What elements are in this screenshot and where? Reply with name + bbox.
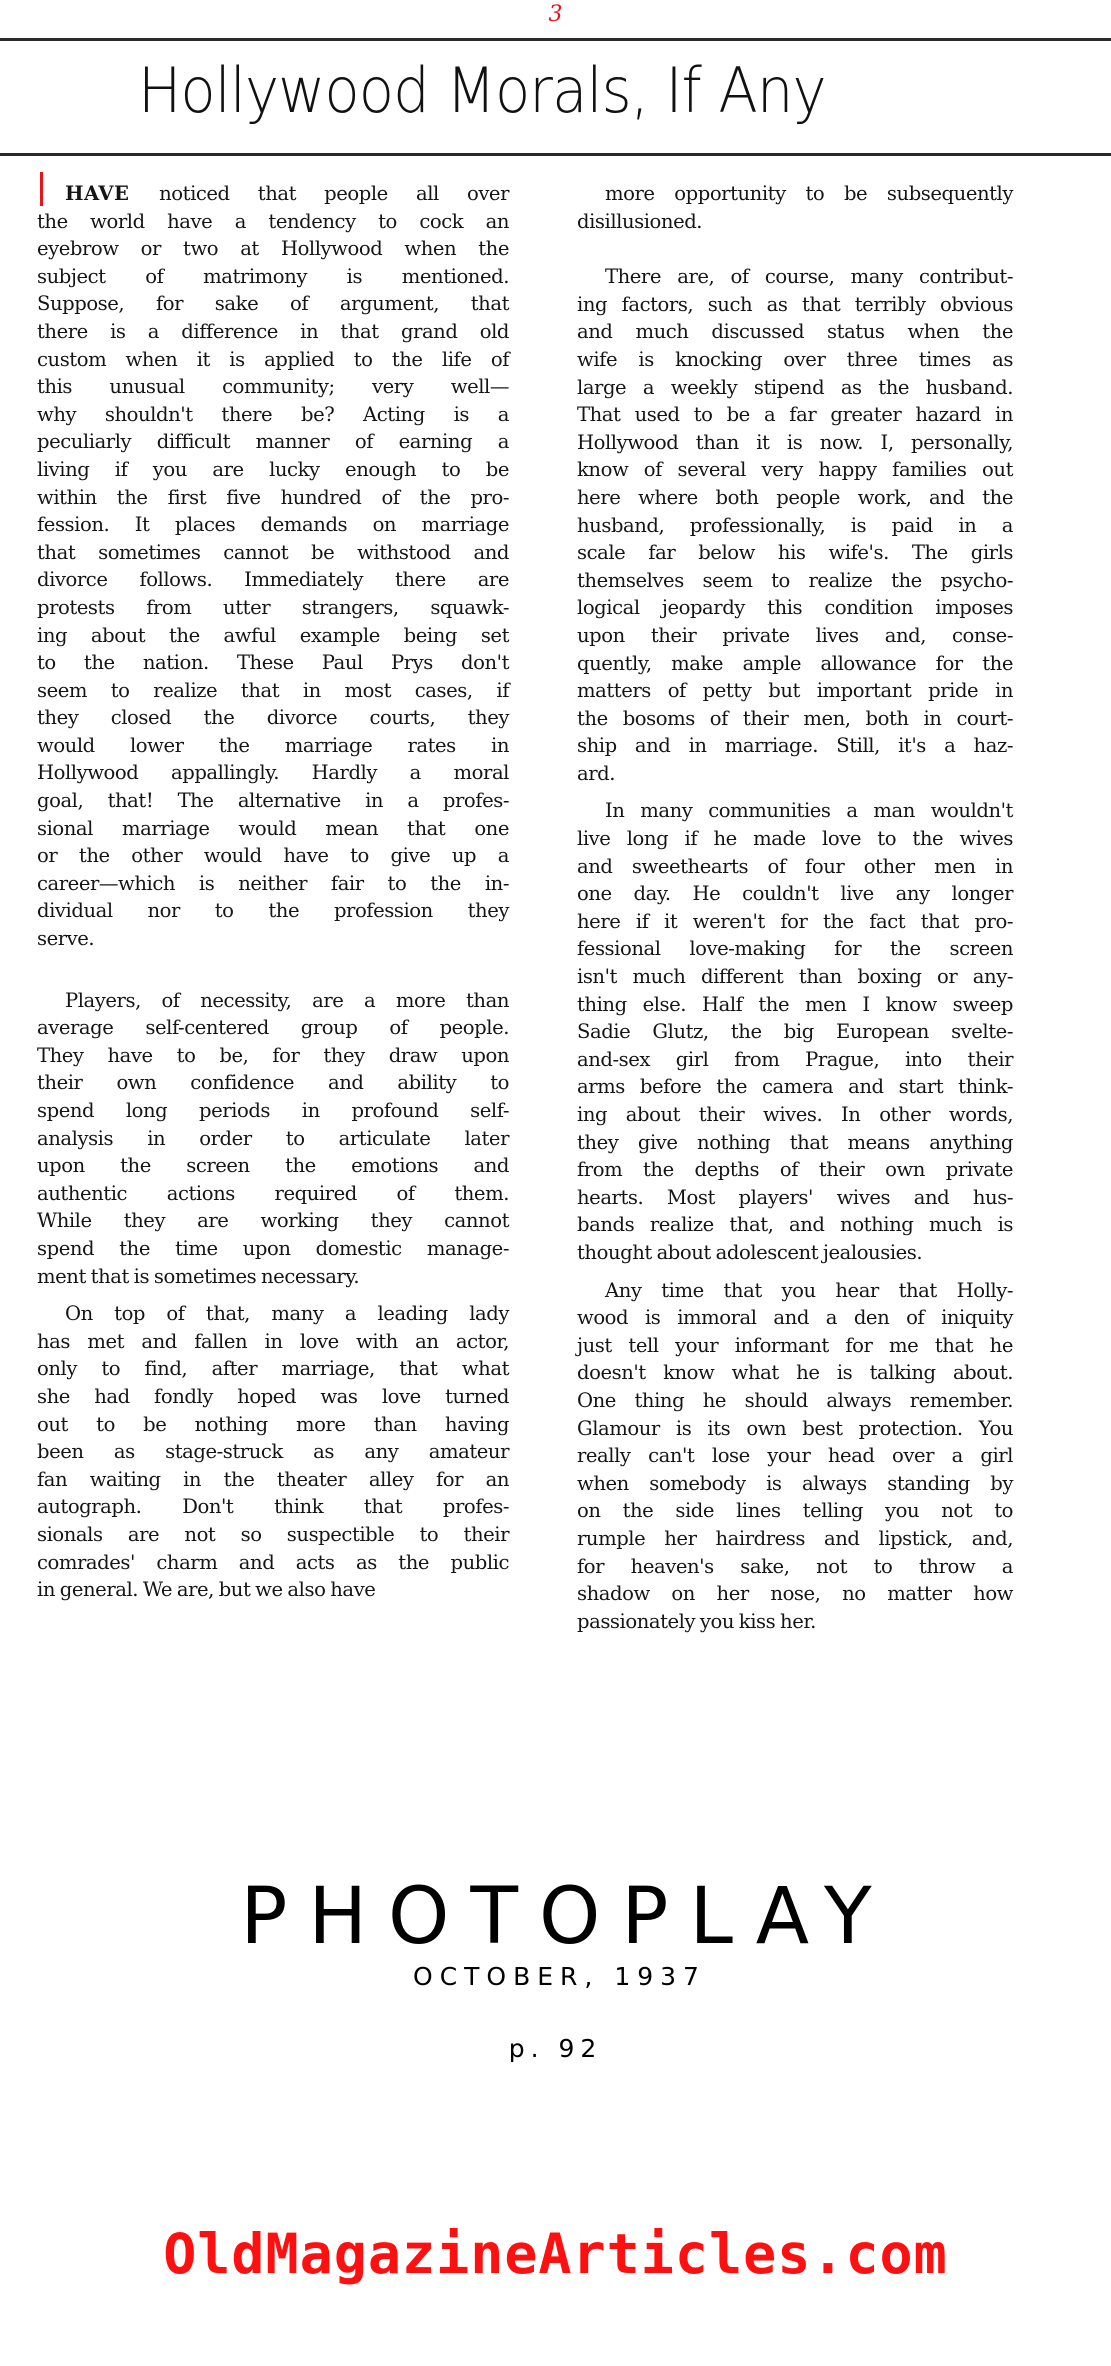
paragraph-gap	[577, 787, 1013, 797]
text-line: wife is knocking over three times as	[577, 346, 1013, 374]
text-line: really can't lose your head over a girl	[577, 1442, 1013, 1470]
text-line: in general. We are, but we also have	[37, 1576, 509, 1604]
text-line: passionately you kiss her.	[577, 1608, 1013, 1636]
text-line: protests from utter strangers, squawk-	[37, 594, 509, 622]
text-line: fan waiting in the theater alley for an	[37, 1466, 509, 1494]
text-line: has met and fallen in love with an actor…	[37, 1328, 509, 1356]
text-line: here where both people work, and the	[577, 484, 1013, 512]
text-line: fessional love-making for the screen	[577, 935, 1013, 963]
text-line: ing about their wives. In other words,	[577, 1101, 1013, 1129]
text-line: from the depths of their own private	[577, 1156, 1013, 1184]
text-line: the bosoms of their men, both in court-	[577, 705, 1013, 733]
text-line: within the first five hundred of the pro…	[37, 484, 509, 512]
text-line: to the nation. These Paul Prys don't	[37, 649, 509, 677]
article-title: Hollywood Morals, If Any	[138, 60, 826, 122]
text-line: Players, of necessity, are a more than	[37, 987, 509, 1015]
text-line: and-sex girl from Prague, into their	[577, 1046, 1013, 1074]
paragraph: more opportunity to be subsequentlydisil…	[577, 180, 1013, 235]
text-line: Glamour is its own best protection. You	[577, 1415, 1013, 1443]
text-line: only to find, after marriage, that what	[37, 1355, 509, 1383]
paragraph-gap	[577, 235, 1013, 263]
text-line: thought about adolescent jealousies.	[577, 1239, 1013, 1267]
text-line: subject of matrimony is mentioned.	[37, 263, 509, 291]
text-line: authentic actions required of them.	[37, 1180, 509, 1208]
paragraph-gap	[37, 1290, 509, 1300]
text-line: shadow on her nose, no matter how	[577, 1580, 1013, 1608]
text-line: rumple her hairdress and lipstick, and,	[577, 1525, 1013, 1553]
text-line: isn't much different than boxing or any-	[577, 963, 1013, 991]
text-line: more opportunity to be subsequently	[577, 180, 1013, 208]
text-line: they give nothing that means anything	[577, 1129, 1013, 1157]
text-line: peculiarly difficult manner of earning a	[37, 428, 509, 456]
lead-word: HAVE	[65, 182, 159, 205]
text-line: arms before the camera and start think-	[577, 1073, 1013, 1101]
text-line: their own confidence and ability to	[37, 1069, 509, 1097]
text-line: when somebody is always standing by	[577, 1470, 1013, 1498]
text-line: doesn't know what he is talking about.	[577, 1359, 1013, 1387]
text-line: disillusioned.	[577, 208, 1013, 236]
text-line: wood is immoral and a den of iniquity	[577, 1304, 1013, 1332]
text-line: ard.	[577, 760, 1013, 788]
text-line: there is a difference in that grand old	[37, 318, 509, 346]
text-line: for heaven's sake, not to throw a	[577, 1553, 1013, 1581]
text-line: would lower the marriage rates in	[37, 732, 509, 760]
text-line: the world have a tendency to cock an	[37, 208, 509, 236]
text-line: and much discussed status when the	[577, 318, 1013, 346]
text-line: ing about the awful example being set	[37, 622, 509, 650]
paragraph: There are, of course, many contribut-ing…	[577, 263, 1013, 787]
text-line: out to be nothing more than having	[37, 1411, 509, 1439]
top-rule	[0, 38, 1111, 41]
paragraph: In many communities a man wouldn'tlive l…	[577, 797, 1013, 1266]
text-line: That used to be a far greater hazard in	[577, 401, 1013, 429]
paragraph: Players, of necessity, are a more thanav…	[37, 987, 509, 1291]
text-line: she had fondly hoped was love turned	[37, 1383, 509, 1411]
text-line: here if it weren't for the fact that pro…	[577, 908, 1013, 936]
text-line: and sweethearts of four other men in	[577, 853, 1013, 881]
text-line: There are, of course, many contribut-	[577, 263, 1013, 291]
text-line: goal, that! The alternative in a profes-	[37, 787, 509, 815]
magazine-name: PHOTOPLAY	[0, 1878, 1111, 1956]
text-line: quently, make ample allowance for the	[577, 650, 1013, 678]
text-line: One thing he should always remember.	[577, 1387, 1013, 1415]
text-line: sional marriage would mean that one	[37, 815, 509, 843]
text-line: HAVE noticed that people all over	[37, 180, 509, 208]
paragraph-gap	[37, 953, 509, 987]
article-right-column: more opportunity to be subsequentlydisil…	[577, 180, 1013, 1635]
text-line: one day. He couldn't live any longer	[577, 880, 1013, 908]
text-line: on the side lines telling you not to	[577, 1497, 1013, 1525]
text-line: logical jeopardy this condition imposes	[577, 594, 1013, 622]
paragraph-gap	[577, 1267, 1013, 1277]
paragraph: HAVE noticed that people all overthe wor…	[37, 180, 509, 953]
text-line: Sadie Glutz, the big European svelte-	[577, 1018, 1013, 1046]
text-line: serve.	[37, 925, 509, 953]
text-line: eyebrow or two at Hollywood when the	[37, 235, 509, 263]
paragraph: Any time that you hear that Holly-wood i…	[577, 1277, 1013, 1636]
site-watermark[interactable]: OldMagazineArticles.com	[0, 2222, 1111, 2286]
text-line: On top of that, many a leading lady	[37, 1300, 509, 1328]
text-line: or the other would have to give up a	[37, 842, 509, 870]
text-line: been as stage-struck as any amateur	[37, 1438, 509, 1466]
text-line: thing else. Half the men I know sweep	[577, 991, 1013, 1019]
text-line: Suppose, for sake of argument, that	[37, 290, 509, 318]
text-line: divorce follows. Immediately there are	[37, 566, 509, 594]
text-line: why shouldn't there be? Acting is a	[37, 401, 509, 429]
text-line: career—which is neither fair to the in-	[37, 870, 509, 898]
text-line: themselves seem to realize the psycho-	[577, 567, 1013, 595]
text-line: dividual nor to the profession they	[37, 897, 509, 925]
text-line: ing factors, such as that terribly obvio…	[577, 291, 1013, 319]
page-reference: p. 92	[0, 2034, 1111, 2063]
text-line: Hollywood than it is now. I, personally,	[577, 429, 1013, 457]
page-number: 3	[0, 2, 1111, 27]
text-line: bands realize that, and nothing much is	[577, 1211, 1013, 1239]
text-line: husband, professionally, is paid in a	[577, 512, 1013, 540]
text-line: large a weekly stipend as the husband.	[577, 374, 1013, 402]
text-line: scale far below his wife's. The girls	[577, 539, 1013, 567]
text-line: matters of petty but important pride in	[577, 677, 1013, 705]
text-line: just tell your informant for me that he	[577, 1332, 1013, 1360]
text-line: comrades' charm and acts as the public	[37, 1549, 509, 1577]
text-line: live long if he made love to the wives	[577, 825, 1013, 853]
text-line: that sometimes cannot be withstood and	[37, 539, 509, 567]
text-line: average self-centered group of people.	[37, 1014, 509, 1042]
paragraph: On top of that, many a leading ladyhas m…	[37, 1300, 509, 1604]
text-line: They have to be, for they draw upon	[37, 1042, 509, 1070]
text-line: fession. It places demands on marriage	[37, 511, 509, 539]
text-line: custom when it is applied to the life of	[37, 346, 509, 374]
text-line: spend the time upon domestic manage-	[37, 1235, 509, 1263]
text-line: upon the screen the emotions and	[37, 1152, 509, 1180]
issue-date: OCTOBER, 1937	[0, 1962, 1111, 1991]
text-line: living if you are lucky enough to be	[37, 456, 509, 484]
text-line: this unusual community; very well—	[37, 373, 509, 401]
text-line: autograph. Don't think that profes-	[37, 1493, 509, 1521]
article-left-column: HAVE noticed that people all overthe wor…	[37, 180, 509, 1604]
text-line: upon their private lives and, conse-	[577, 622, 1013, 650]
text-line: Any time that you hear that Holly-	[577, 1277, 1013, 1305]
text-line: ment that is sometimes necessary.	[37, 1263, 509, 1291]
text-line: While they are working they cannot	[37, 1207, 509, 1235]
text-line: analysis in order to articulate later	[37, 1125, 509, 1153]
text-line: spend long periods in profound self-	[37, 1097, 509, 1125]
text-line: sionals are not so suspectible to their	[37, 1521, 509, 1549]
text-line: In many communities a man wouldn't	[577, 797, 1013, 825]
text-line: know of several very happy families out	[577, 456, 1013, 484]
text-line: Hollywood appallingly. Hardly a moral	[37, 759, 509, 787]
text-line: hearts. Most players' wives and hus-	[577, 1184, 1013, 1212]
text-line: ship and in marriage. Still, it's a haz-	[577, 732, 1013, 760]
text-line: seem to realize that in most cases, if	[37, 677, 509, 705]
text-line: they closed the divorce courts, they	[37, 704, 509, 732]
title-bottom-rule	[0, 153, 1111, 156]
